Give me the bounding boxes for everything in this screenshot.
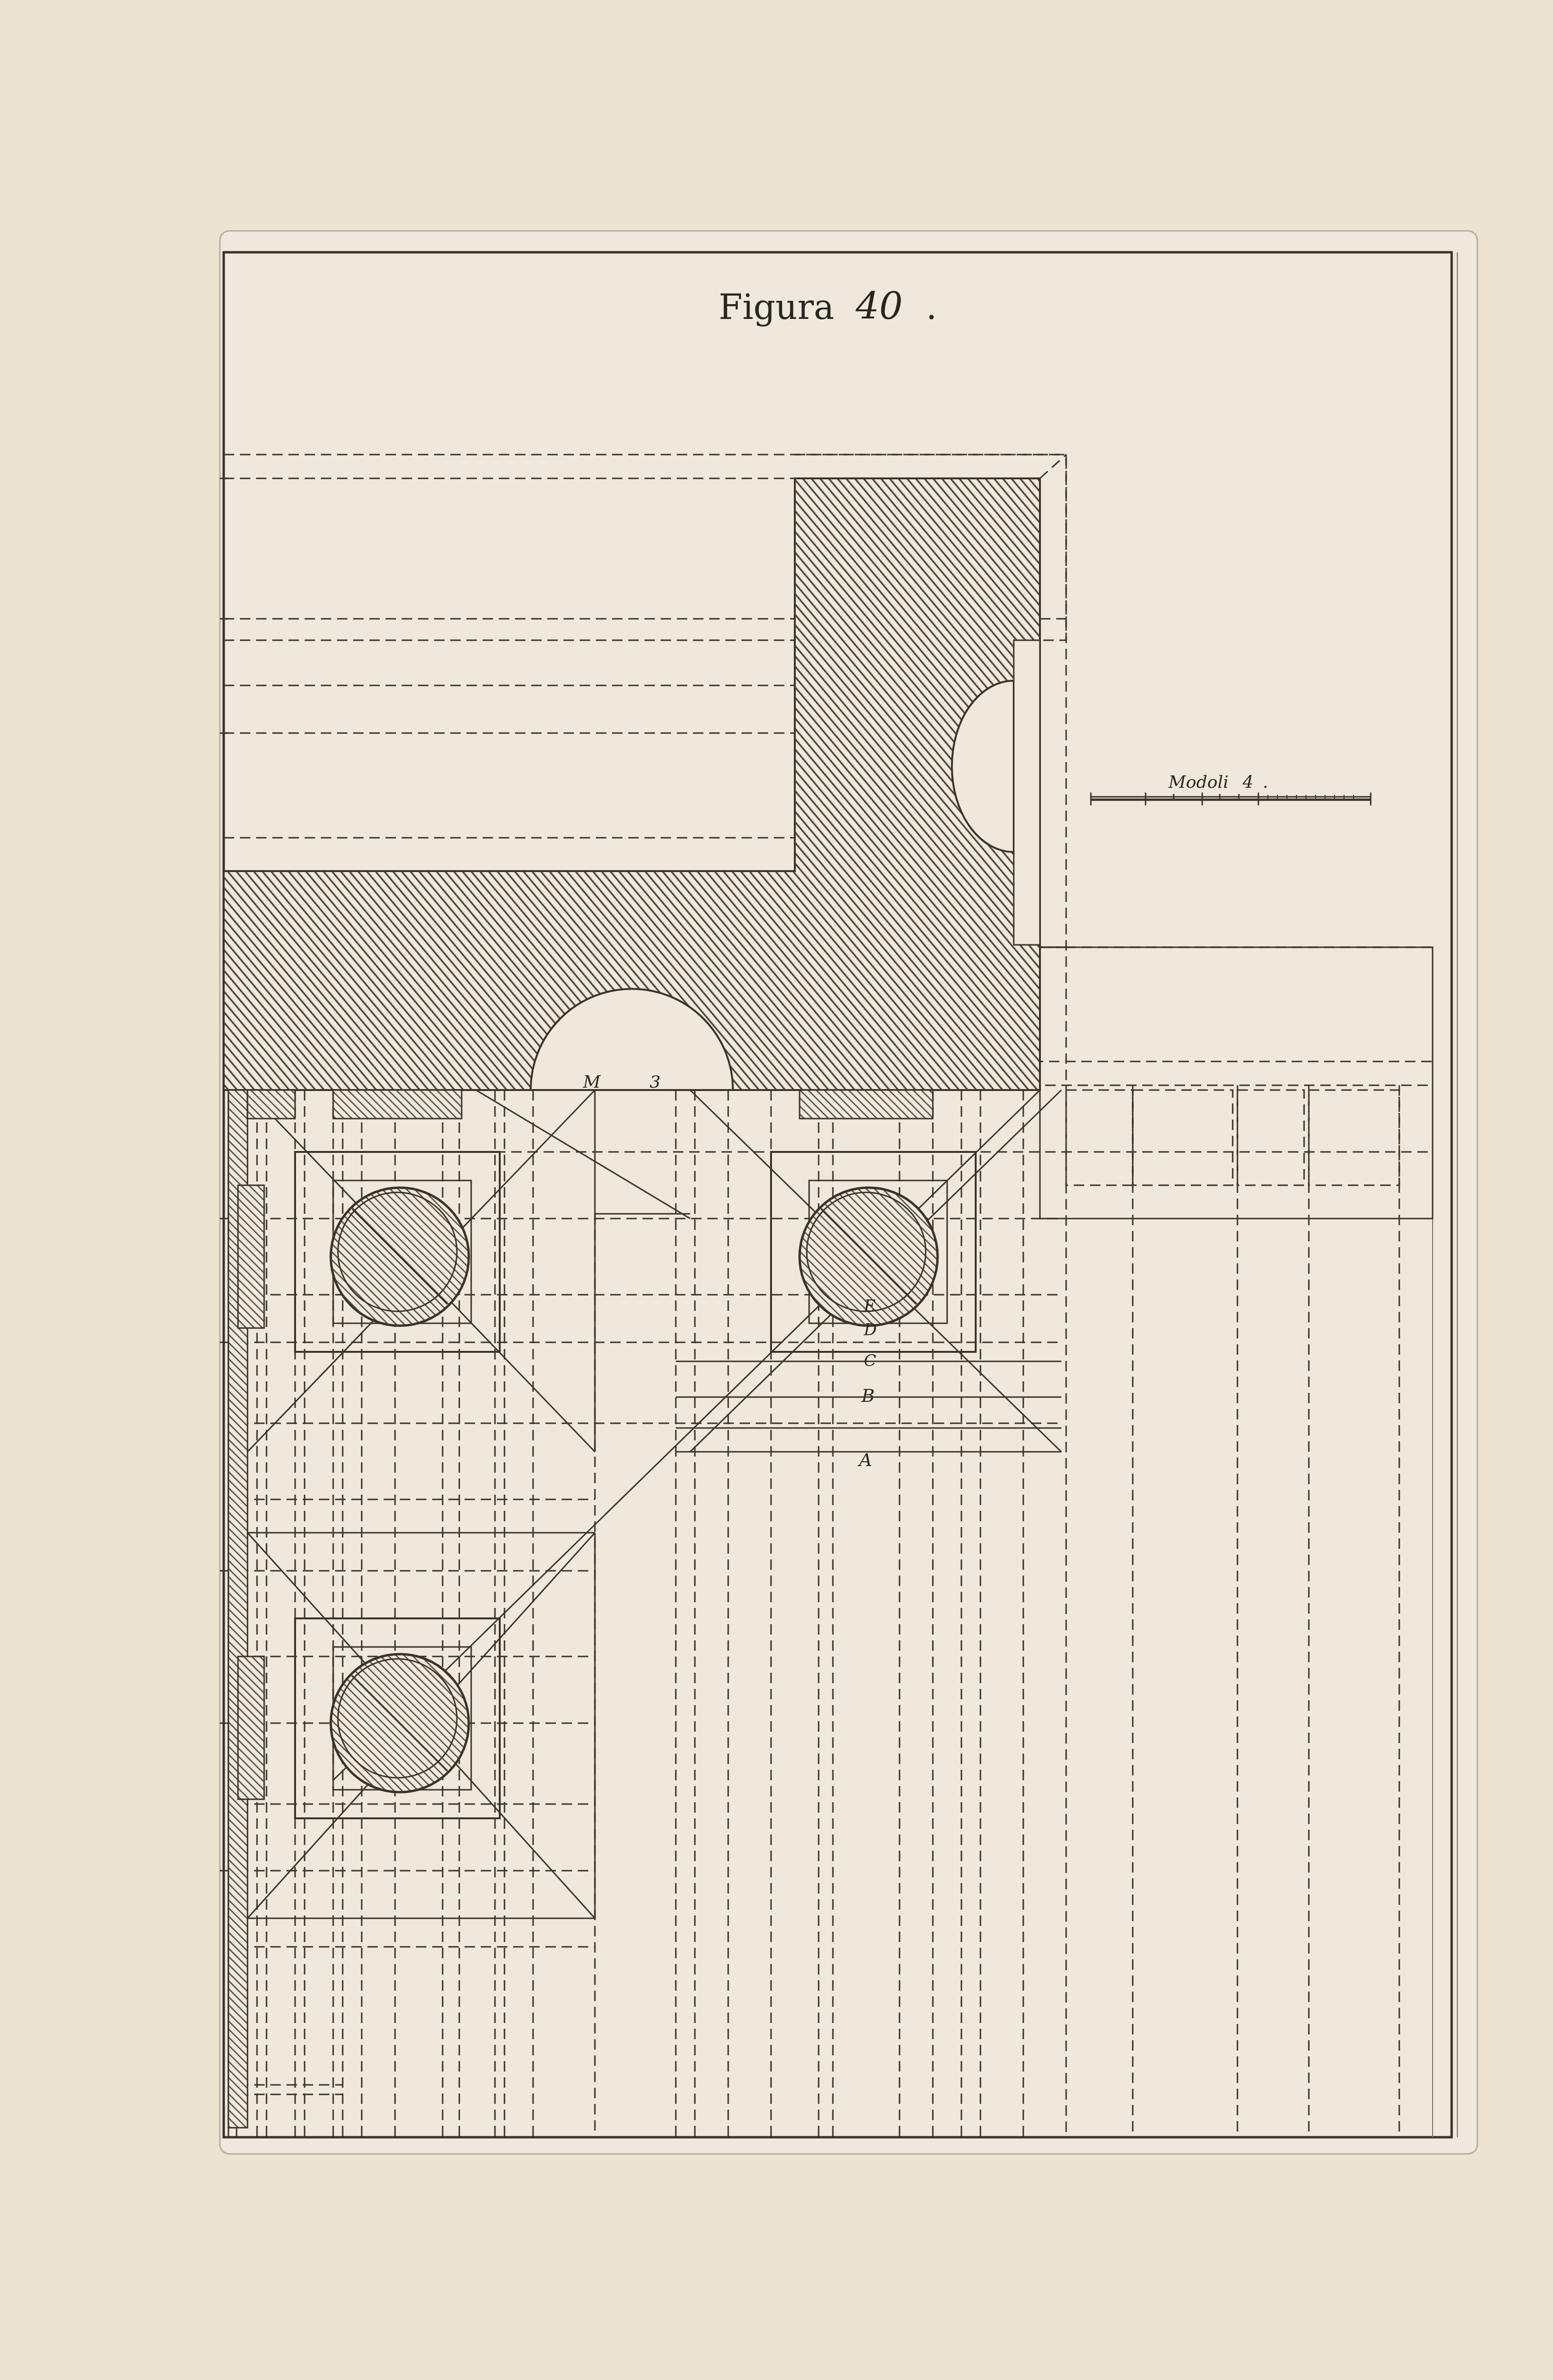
engraved-plate: Figura 40 . xyxy=(0,0,1553,2380)
marker-m-number: 3 xyxy=(650,1072,661,1092)
marker-m: M xyxy=(583,1072,601,1092)
column-1 xyxy=(331,1188,469,1326)
level-label-b: B xyxy=(861,1385,875,1406)
plate-title: Figura 40 . xyxy=(719,285,937,328)
niche-right-recess xyxy=(1014,640,1040,945)
scale-bar-label: Modoli 4 . xyxy=(1168,773,1268,792)
level-label-a: A xyxy=(858,1449,872,1470)
level-label-d: D xyxy=(863,1320,877,1339)
level-label-e: E xyxy=(863,1297,876,1316)
column-3 xyxy=(331,1654,469,1792)
